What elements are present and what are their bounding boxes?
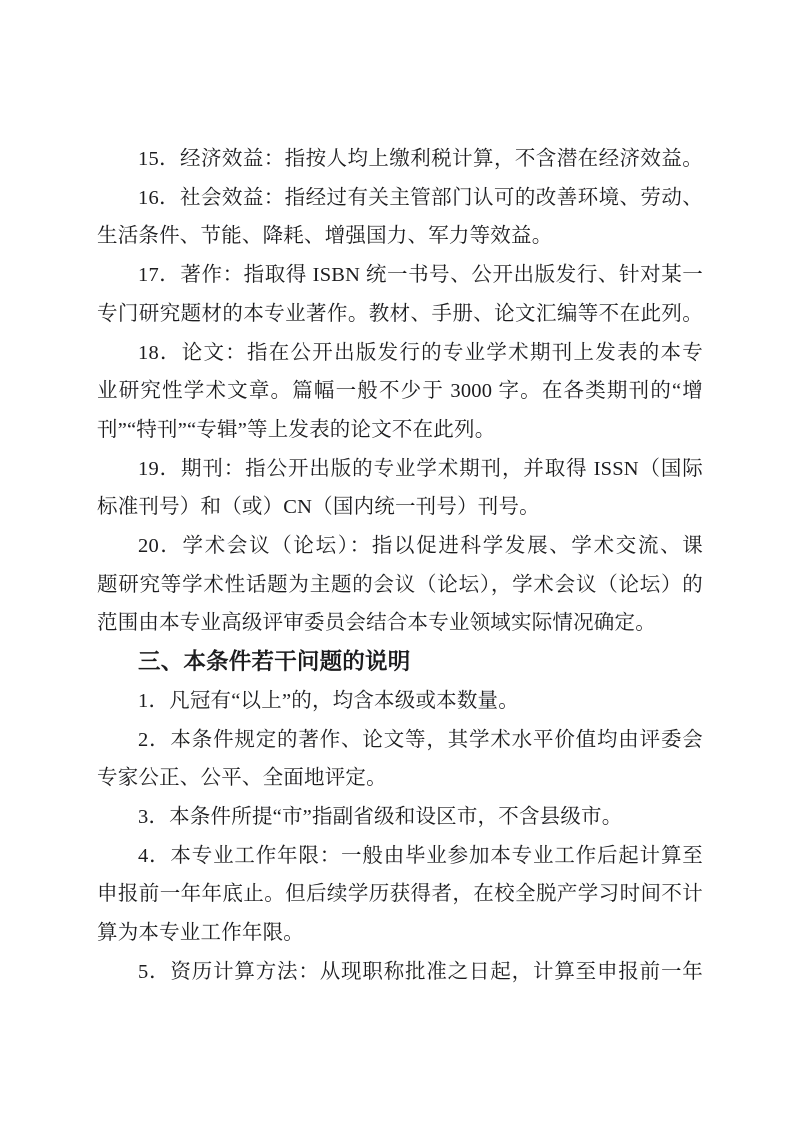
text-line: 标准刊号）和（或）CN（国内统一刊号）刊号。 <box>97 488 703 527</box>
text-line: 18．论文：指在公开出版发行的专业学术期刊上发表的本专 <box>97 334 703 373</box>
text-line: 业研究性学术文章。篇幅一般不少于 3000 字。在各类期刊的“增 <box>97 372 703 411</box>
text-line: 1．凡冠有“以上”的，均含本级或本数量。 <box>97 682 703 721</box>
text-line: 范围由本专业高级评审委员会结合本专业领域实际情况确定。 <box>97 604 703 643</box>
document-text-block: 15．经济效益：指按人均上缴利税计算，不含潜在经济效益。16．社会效益：指经过有… <box>97 140 703 991</box>
text-line: 刊”“特刊”“专辑”等上发表的论文不在此列。 <box>97 411 703 450</box>
text-line: 专家公正、公平、全面地评定。 <box>97 759 703 798</box>
text-line: 5．资历计算方法：从现职称批准之日起，计算至申报前一年 <box>97 953 703 992</box>
text-line: 4．本专业工作年限：一般由毕业参加本专业工作后起计算至 <box>97 837 703 876</box>
text-line: 19．期刊：指公开出版的专业学术期刊，并取得 ISSN（国际 <box>97 450 703 489</box>
section-heading: 三、本条件若干问题的说明 <box>97 643 703 682</box>
text-line: 3．本条件所提“市”指副省级和设区市，不含县级市。 <box>97 798 703 837</box>
document-page: 15．经济效益：指按人均上缴利税计算，不含潜在经济效益。16．社会效益：指经过有… <box>0 0 793 1122</box>
text-line: 16．社会效益：指经过有关主管部门认可的改善环境、劳动、 <box>97 179 703 218</box>
text-line: 15．经济效益：指按人均上缴利税计算，不含潜在经济效益。 <box>97 140 703 179</box>
text-line: 生活条件、节能、降耗、增强国力、军力等效益。 <box>97 217 703 256</box>
text-line: 20．学术会议（论坛）：指以促进科学发展、学术交流、课 <box>97 527 703 566</box>
text-line: 题研究等学术性话题为主题的会议（论坛），学术会议（论坛）的 <box>97 566 703 605</box>
text-line: 2．本条件规定的著作、论文等，其学术水平价值均由评委会 <box>97 721 703 760</box>
text-line: 算为本专业工作年限。 <box>97 914 703 953</box>
text-line: 专门研究题材的本专业著作。教材、手册、论文汇编等不在此列。 <box>97 295 703 334</box>
text-line: 17．著作：指取得 ISBN 统一书号、公开出版发行、针对某一 <box>97 256 703 295</box>
text-line: 申报前一年年底止。但后续学历获得者，在校全脱产学习时间不计 <box>97 875 703 914</box>
